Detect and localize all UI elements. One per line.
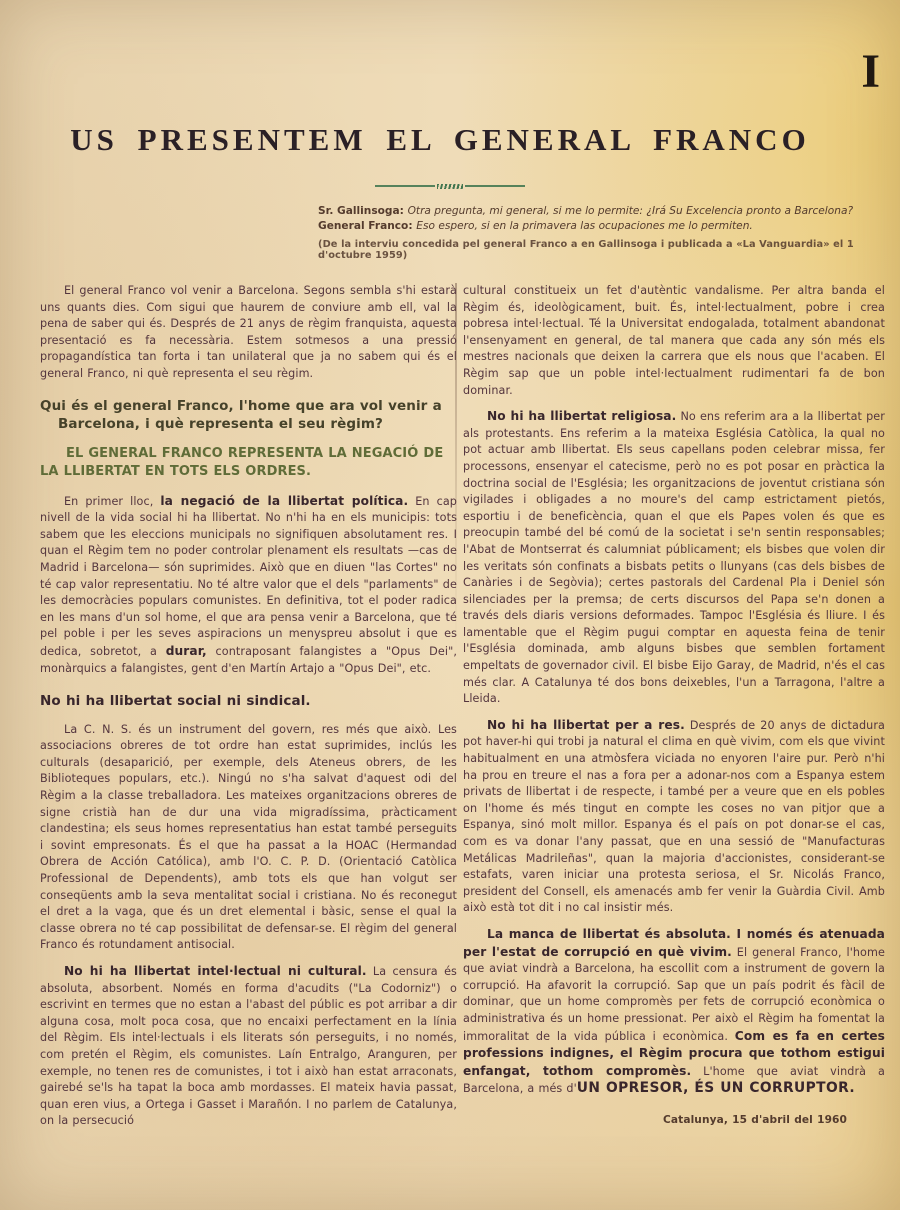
right-column: cultural constitueix un fet d'autèntic v… bbox=[463, 283, 885, 1129]
body-text: Qui és el general Franco, l'home que ara… bbox=[40, 398, 442, 433]
social-freedom-heading: No hi ha llibertat social ni sindical. bbox=[40, 693, 457, 710]
cns-paragraph: La C. N. S. és un instrument del govern,… bbox=[40, 722, 457, 954]
intro-paragraph: El general Franco vol venir a Barcelona.… bbox=[40, 283, 457, 383]
political-freedom-paragraph: En primer lloc, la negació de la llibert… bbox=[40, 493, 457, 678]
body-text: Catalunya, 15 d'abril del 1960 bbox=[663, 1114, 847, 1126]
question-heading: Qui és el general Franco, l'home que ara… bbox=[40, 397, 457, 434]
quote-caption: (De la interviu concedida pel general Fr… bbox=[318, 239, 884, 261]
divider-line-right bbox=[465, 185, 525, 187]
page-title: US PRESENTEM EL GENERAL FRANCO bbox=[0, 122, 880, 158]
page-number: I bbox=[861, 48, 880, 96]
emphasis-text: UN OPRESOR, ÉS UN CORRUPTOR. bbox=[577, 1080, 855, 1096]
cultural-vandalism-paragraph: cultural constitueix un fet d'autèntic v… bbox=[463, 283, 885, 399]
body-text: No ens referim ara a la llibertat per al… bbox=[463, 410, 885, 705]
body-text: En primer lloc, bbox=[64, 495, 160, 508]
emphasis-text: No hi ha llibertat religiosa. bbox=[487, 409, 676, 423]
quote-text: Otra pregunta, mi general, si me lo perm… bbox=[408, 205, 854, 217]
pamphlet-page: I US PRESENTEM EL GENERAL FRANCO Sr. Gal… bbox=[0, 0, 900, 1210]
quote-line: Sr. Gallinsoga: Otra pregunta, mi genera… bbox=[318, 204, 884, 219]
signature-line: Catalunya, 15 d'abril del 1960 bbox=[463, 1112, 847, 1129]
quote-speaker: Sr. Gallinsoga: bbox=[318, 205, 408, 217]
title-divider-ornament bbox=[375, 183, 525, 189]
body-text: La censura és absoluta, absorbent. Només… bbox=[40, 965, 457, 1127]
body-text: En cap nivell de la vida social hi ha ll… bbox=[40, 495, 457, 658]
quote-lines: Sr. Gallinsoga: Otra pregunta, mi genera… bbox=[318, 204, 884, 234]
thesis-heading: EL GENERAL FRANCO REPRESENTA LA NEGACIÓ … bbox=[40, 445, 457, 481]
left-column: El general Franco vol venir a Barcelona.… bbox=[40, 283, 457, 1139]
body-text: El general Franco vol venir a Barcelona.… bbox=[40, 284, 457, 380]
body-text: EL GENERAL FRANCO REPRESENTA LA NEGACIÓ … bbox=[40, 446, 443, 479]
body-text: La C. N. S. és un instrument del govern,… bbox=[40, 723, 457, 952]
intellectual-freedom-paragraph: No hi ha llibertat intel·lectual ni cult… bbox=[40, 963, 457, 1130]
corruption-paragraph: La manca de llibertat és absoluta. I nom… bbox=[463, 926, 885, 1098]
body-text: cultural constitueix un fet d'autèntic v… bbox=[463, 284, 885, 397]
quote-line: General Franco: Eso espero, si en la pri… bbox=[318, 219, 884, 234]
quote-block: Sr. Gallinsoga: Otra pregunta, mi genera… bbox=[318, 204, 884, 261]
divider-line-left bbox=[375, 185, 435, 187]
emphasis-text: la negació de la llibertat política. bbox=[160, 494, 408, 508]
divider-squiggle-icon bbox=[437, 184, 463, 189]
emphasis-text: No hi ha llibertat intel·lectual ni cult… bbox=[64, 964, 367, 978]
body-text: No hi ha llibertat social ni sindical. bbox=[40, 693, 311, 709]
body-text: Després de 20 anys de dictadura pot have… bbox=[463, 719, 885, 915]
emphasis-text: durar, bbox=[166, 644, 207, 658]
no-freedom-at-all-paragraph: No hi ha llibertat per a res. Després de… bbox=[463, 717, 885, 917]
emphasis-text: No hi ha llibertat per a res. bbox=[487, 718, 685, 732]
quote-text: Eso espero, si en la primavera las ocupa… bbox=[416, 220, 753, 232]
quote-speaker: General Franco: bbox=[318, 220, 416, 232]
religious-freedom-paragraph: No hi ha llibertat religiosa. No ens ref… bbox=[463, 408, 885, 708]
